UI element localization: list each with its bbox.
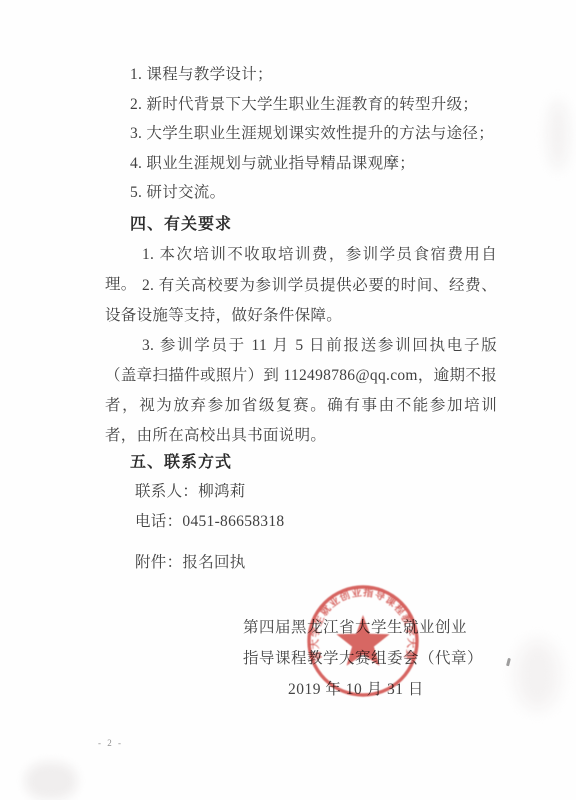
section-heading-requirements: 四、有关要求 <box>105 210 497 240</box>
topic-list: 1. 课程与教学设计； 2. 新时代背景下大学生职业生涯教育的转型升级； 3. … <box>105 60 497 208</box>
seal-star-icon <box>336 615 389 666</box>
requirements-paragraph: 3. 参训学员于 11 月 5 日前报送参训回执电子版（盖章扫描件或照片）到 1… <box>105 331 497 451</box>
list-item: 4. 职业生涯规划与就业指导精品课观摩； <box>105 149 497 179</box>
page-number: - 2 - <box>98 738 123 748</box>
scan-smudge <box>25 762 77 800</box>
stray-ink-mark <box>506 658 511 666</box>
section-heading-contact: 五、联系方式 <box>105 448 497 478</box>
list-item: 1. 课程与教学设计； <box>105 60 497 90</box>
list-item: 5. 研讨交流。 <box>105 178 497 208</box>
contact-person-line: 联系人：柳鸿莉 <box>105 477 497 507</box>
requirements-paragraph: 2. 有关高校要为参训学员提供必要的时间、经费、设备设施等支持，做好条件保障。 <box>105 271 497 331</box>
scan-smudge <box>548 100 568 170</box>
list-item: 3. 大学生职业生涯规划课实效性提升的方法与途径； <box>105 119 497 149</box>
contact-phone-line: 电话：0451-86658318 <box>105 507 497 537</box>
document-page: 1. 课程与教学设计； 2. 新时代背景下大学生职业生涯教育的转型升级； 3. … <box>0 0 576 800</box>
list-item: 2. 新时代背景下大学生职业生涯教育的转型升级； <box>105 90 497 120</box>
attachment-line: 附件：报名回执 <box>105 548 497 578</box>
scan-smudge <box>515 640 560 710</box>
official-seal: 黑龙江省大学生就业创业指导课程教学大赛组委会 <box>303 581 423 701</box>
